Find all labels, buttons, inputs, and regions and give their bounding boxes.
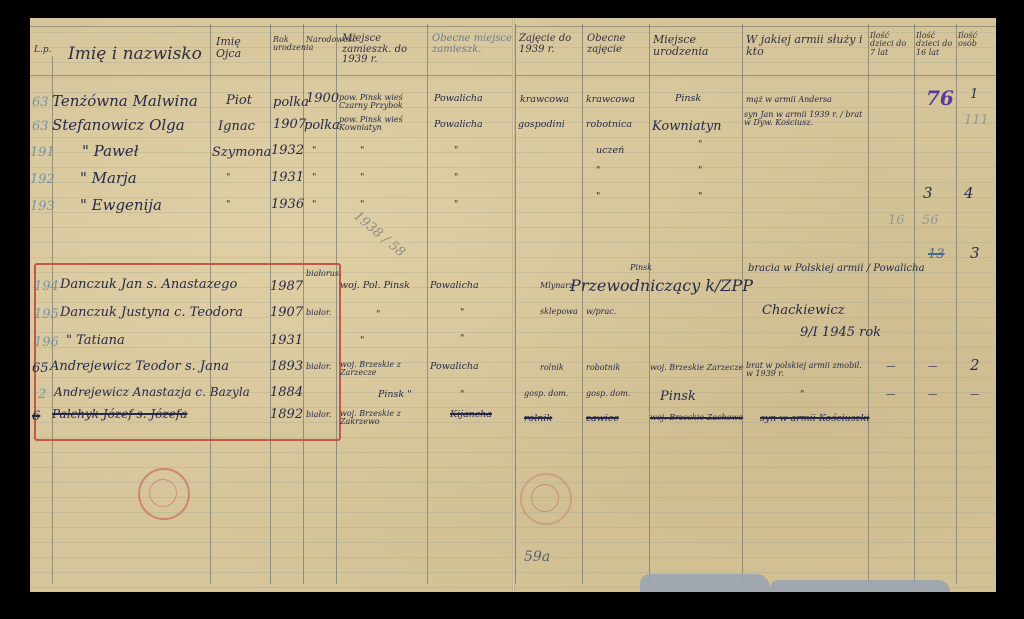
row-nationality: polka — [304, 119, 340, 132]
row-army-service: syn w armii Kościuszki — [760, 414, 869, 424]
row-birth-year: 1892 — [270, 408, 303, 421]
row-occupation-1939: gosp. dom. — [524, 390, 568, 398]
row-current-occupation: krawcowa — [586, 95, 635, 105]
row-children-under-16: 76 — [926, 88, 954, 108]
row-current-occupation: w/prac. — [586, 308, 616, 316]
row-current-occupation: Przewodniczący k/ZPP — [570, 278, 753, 294]
row-occupation-1939: gospodini — [518, 120, 565, 130]
row-current-residence: " — [460, 308, 464, 318]
row-children-under-16: — — [928, 362, 938, 372]
col-line — [742, 24, 743, 584]
row-father: Szymona — [212, 146, 271, 159]
row-birthplace: " — [698, 192, 702, 202]
header-army-service: W jakiej armii służy i kto — [746, 34, 866, 57]
row-birthplace: Kowniatyn — [652, 120, 722, 133]
row-residence-1939: " — [360, 146, 364, 156]
header-current-occupation: Obecne zajęcie — [587, 34, 647, 55]
row-current-occupation: " — [596, 166, 600, 176]
row-current-occupation: uczeń — [596, 146, 624, 156]
row-birth-year: 1907 — [273, 118, 306, 131]
row-children-under-16: — — [928, 390, 938, 400]
red-stamp-right — [520, 473, 572, 525]
row-persons-count: 2 — [970, 358, 980, 373]
header-children-under-7: Ilość dzieci do 7 lat — [870, 32, 912, 57]
row-name: " Paweł — [82, 144, 139, 159]
row-name: " Marja — [80, 171, 137, 186]
row-army-service: brat w polskiej armii zmobil. w 1939 r. — [746, 362, 870, 378]
row-current-residence: Powalicha — [430, 362, 479, 372]
row-current-occupation: gosp. dom. — [586, 390, 630, 398]
row-current-residence: Powalicha — [434, 94, 483, 104]
row-nationality: " — [312, 146, 316, 156]
row-lp: 195 — [34, 308, 59, 321]
row-birthplace: Pinsk — [630, 264, 652, 272]
row-lp: 63 — [32, 96, 49, 109]
row-name: Danczuk Justyna c. Teodora — [60, 306, 243, 319]
red-stamp-left — [138, 468, 190, 520]
row-current-residence: " — [460, 334, 464, 344]
row-occupation-1939: rolnik — [540, 364, 564, 372]
row-residence-1939: Pinsk " — [378, 390, 412, 400]
register-sheet: L.p. Imię i nazwisko Imię Ojca Rok urodz… — [30, 18, 996, 592]
row-name: " Ewgenija — [80, 198, 162, 213]
row-current-residence: Powalicha — [430, 281, 479, 291]
row-persons-count: — — [970, 390, 980, 400]
row-lp: 63 — [32, 120, 49, 133]
header-father: Imię Ojca — [216, 36, 266, 59]
row-lp: 191 — [30, 146, 55, 159]
row-father: " — [226, 173, 230, 183]
header-residence-1939: Miejsce zamieszk. do 1939 r. — [342, 34, 426, 66]
row-current-residence: Kijancha — [450, 410, 492, 420]
header-current-residence: Obecne miejsce zamieszk. — [432, 34, 512, 55]
row-birthplace: woj. Brzeskie Zachowo — [650, 414, 743, 422]
header-occupation-1939: Zajęcie do 1939 r. — [519, 34, 579, 55]
row-nationality: " — [312, 173, 316, 183]
row-current-residence: " — [454, 200, 458, 210]
row-name: Tenżówna Malwina — [52, 94, 198, 109]
row-lp: 196 — [34, 336, 59, 349]
row-army-service: 9/I 1945 rok — [800, 326, 881, 339]
row-children-under-16: 3 — [923, 186, 933, 201]
row-current-residence: " — [454, 146, 458, 156]
row-name: Andrejewicz Anastazja c. Bazyla — [54, 386, 250, 398]
header-nationality: Narodowość — [306, 36, 336, 44]
row-occupation-1939: rolnik — [524, 414, 552, 424]
row-birthplace: Pinsk — [660, 390, 696, 403]
col-line — [515, 24, 516, 584]
header-lp: L.p. — [34, 46, 51, 55]
col-line — [914, 24, 915, 584]
row-lp: 192 — [30, 173, 55, 186]
col-line — [956, 24, 957, 584]
row-army-service: " — [800, 390, 804, 400]
row-current-occupation: " — [596, 192, 600, 202]
row-current-residence: " — [454, 173, 458, 183]
pencil-note: 1938 / 58 — [351, 210, 407, 260]
row-army-service: Chackiewicz — [762, 304, 845, 317]
row-birth-year: 1884 — [270, 386, 303, 399]
row-current-occupation: zawiec — [586, 414, 619, 424]
row-persons-count: 1 — [970, 88, 978, 101]
row-residence-1939: pow. Pinsk wieś Kowniatyn — [339, 116, 427, 132]
row-current-occupation: robotnik — [586, 364, 620, 372]
row-lp: 2 — [38, 388, 46, 401]
row-residence-1939: " — [360, 200, 364, 210]
page-number-note: 59a — [524, 550, 550, 564]
row-birth-year: 1987 — [270, 280, 303, 293]
row-current-occupation: robotnica — [586, 120, 632, 130]
row-residence-1939: woj. Pol. Pinsk — [340, 281, 410, 291]
page-fold — [512, 18, 515, 592]
header-birthplace: Miejsce urodzenia — [653, 34, 741, 57]
paper-tear — [770, 580, 950, 592]
row-lp: 65 — [32, 362, 49, 375]
row-birthplace: " — [698, 140, 702, 150]
row-army-service: mąż w armii Andersa — [746, 96, 832, 104]
row-persons-count: 4 — [964, 186, 974, 201]
row-father: Ignac — [218, 120, 255, 133]
row-birth-year: 1932 — [271, 144, 304, 157]
paper-tear — [640, 574, 770, 592]
col-line — [868, 24, 869, 584]
header-birth-year: Rok urodzenia — [273, 36, 303, 53]
col-line — [649, 24, 650, 584]
row-children-under-7: — — [886, 390, 896, 400]
row-occupation-1939: sklepowa — [540, 308, 578, 316]
row-name: Stefanowicz Olga — [52, 118, 185, 133]
row-father: " — [226, 200, 230, 210]
row-father: Piot — [226, 94, 252, 107]
row-residence-1939: woj. Brzeskie z Zarzecze — [340, 361, 428, 377]
row-occupation-1939: krawcowa — [520, 95, 569, 105]
row-birthplace: woj. Brzeskie Zarzecze — [650, 364, 743, 372]
row-nationality: polka — [273, 96, 309, 109]
row-army-service: bracia w Polskiej armii / Powalicha — [748, 264, 948, 274]
row-birth-year: 1931 — [270, 334, 303, 347]
row-persons-count: 3 — [970, 246, 980, 261]
row-occupation-1939: Mlynarz — [540, 282, 573, 290]
row-birth-year: 1936 — [271, 198, 304, 211]
row-residence-1939: woj. Brzeskie z Zakrzewo — [340, 410, 428, 426]
row-lp: 194 — [34, 280, 59, 293]
row-birth-year: 1893 — [270, 360, 303, 373]
row-nationality: białor. — [306, 363, 331, 371]
row-birth-year: 1931 — [271, 171, 304, 184]
row-nationality: białor. — [306, 411, 331, 419]
col-line — [582, 24, 583, 584]
pencil-count: 56 — [922, 214, 939, 227]
row-lp: 6 — [32, 410, 40, 423]
row-residence-1939: " — [360, 173, 364, 183]
row-current-residence: Powalicha — [434, 120, 483, 130]
row-name: Andrejewicz Teodor s. Jana — [50, 360, 229, 373]
row-birthplace: Pinsk — [675, 94, 701, 104]
row-nationality: białorus. — [306, 270, 341, 278]
row-name: " Tatiana — [66, 334, 125, 347]
row-persons-count: 111 — [964, 114, 989, 127]
row-lp: 193 — [30, 200, 55, 213]
col-line — [427, 24, 428, 584]
row-birth-year: 1907 — [270, 306, 303, 319]
pencil-count: 16 — [888, 214, 905, 227]
row-nationality: białor. — [306, 309, 331, 317]
row-children-under-7: — — [886, 362, 896, 372]
row-birth-year: 1900 — [306, 92, 339, 105]
header-name: Imię i nazwisko — [68, 46, 202, 64]
header-children-under-16: Ilość dzieci do 16 lat — [916, 32, 956, 57]
header-persons-count: Ilość osób — [958, 32, 994, 49]
row-name: Danczuk Jan s. Anastazego — [60, 278, 237, 291]
row-army-service: syn Jan w armii 1939 r. / brat w Dyw. Ko… — [744, 111, 868, 127]
row-residence-1939: " — [360, 336, 364, 346]
row-name: Palchyk Józef s. Józefa — [52, 408, 187, 420]
row-residence-1939: pow. Pinsk wieś Czarny Przybok — [339, 94, 427, 110]
row-current-residence: " — [460, 390, 464, 400]
row-children-under-16: 13 — [928, 248, 945, 261]
row-birthplace: " — [698, 166, 702, 176]
row-nationality: " — [312, 200, 316, 210]
row-residence-1939: " — [376, 310, 380, 320]
